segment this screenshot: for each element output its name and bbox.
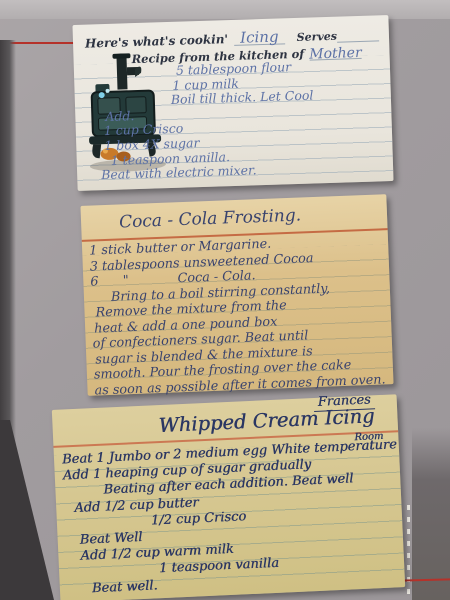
serves-label: Serves <box>296 30 337 44</box>
recipe-card-coca-cola-frosting: Coca - Cola Frosting. 1 stick butter or … <box>80 194 393 396</box>
room-temperature-note: Room <box>354 429 384 447</box>
recipe-body: 1 stick butter or Margarine. 3 tablespoo… <box>89 232 392 398</box>
album-dashed-guide-right <box>407 505 410 595</box>
recipe-card-whipped-cream-icing: Frances Whipped Cream Icing Room Beat 1 … <box>52 394 405 600</box>
recipe-title-line: Icing <box>234 25 285 46</box>
recipe-card-icing: Here's what's cookin' Icing Serves Recip… <box>72 15 393 191</box>
serves-line <box>337 26 379 42</box>
recipe-body: Room Beat 1 Jumbo or 2 medium egg White … <box>60 437 403 598</box>
recipe-title: Coca - Cola Frosting. <box>119 205 302 232</box>
photo-album-page: Here's what's cookin' Icing Serves Recip… <box>0 0 450 600</box>
album-right-edge-shade <box>412 428 450 600</box>
album-bottom-left-shadow <box>0 420 54 600</box>
recipe-body: 5 tablespoon flour 1 cup milk Boil till … <box>82 57 392 183</box>
